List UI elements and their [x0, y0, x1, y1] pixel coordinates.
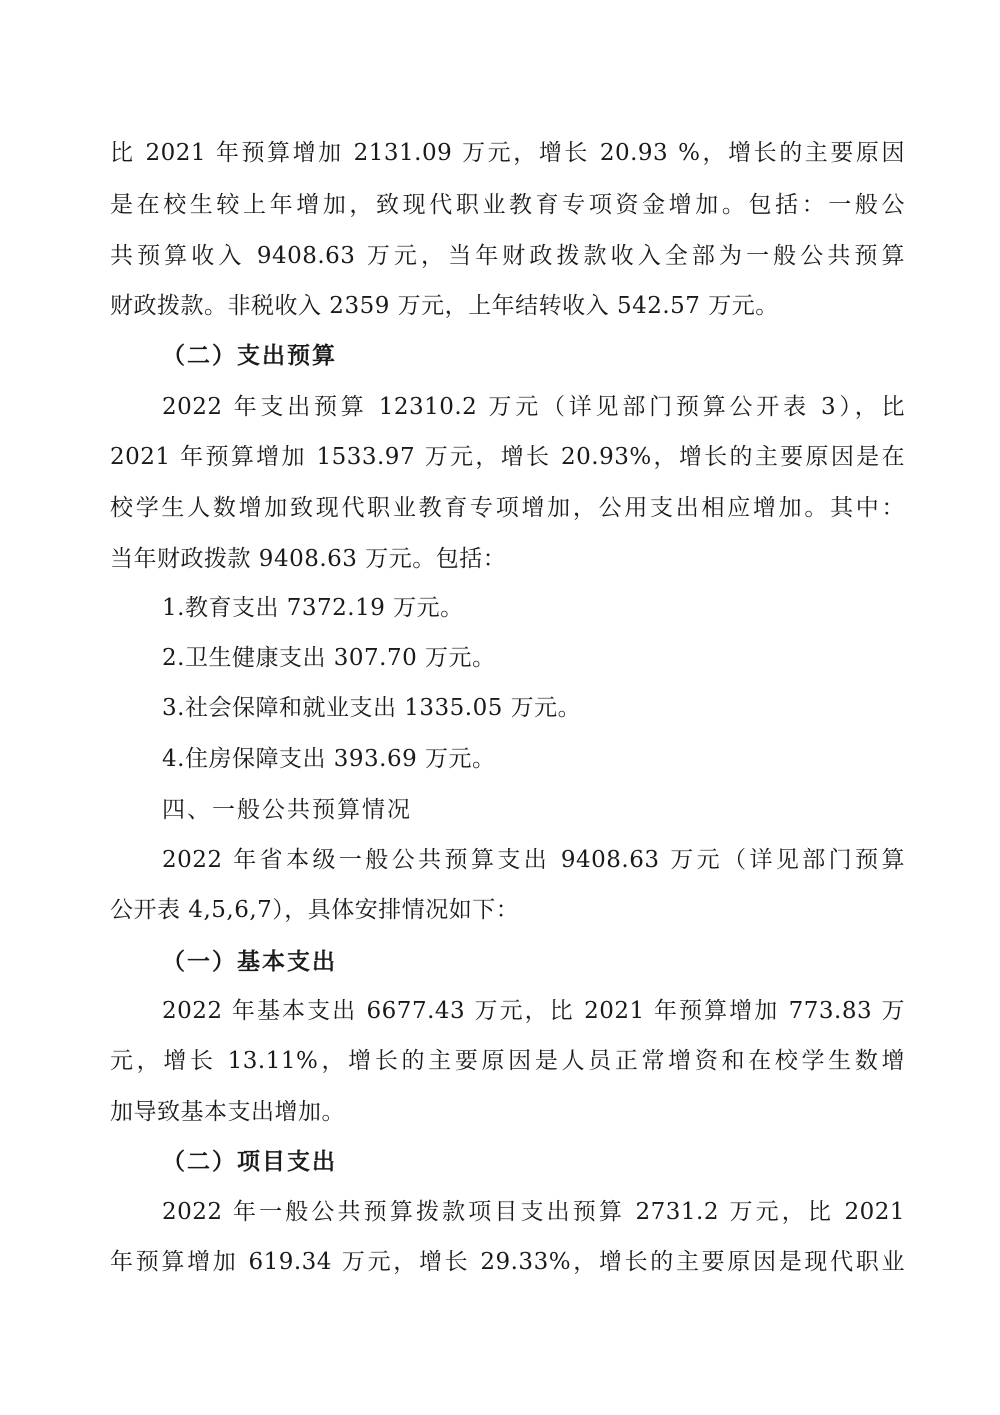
body-line: 公开表 4,5,6,7），具体安排情况如下： — [110, 895, 905, 925]
list-item-housing: 4.住房保障支出 393.69 万元。 — [162, 744, 905, 774]
body-line: 2022 年省本级一般公共预算支出 9408.63 万元（详见部门预算 — [162, 845, 905, 875]
body-line: 2022 年支出预算 12310.2 万元（详见部门预算公开表 3），比 — [162, 392, 905, 422]
body-line: 年预算增加 619.34 万元，增长 29.33%，增长的主要原因是现代职业 — [110, 1247, 905, 1277]
body-line: 校学生人数增加致现代职业教育专项增加，公用支出相应增加。其中： — [110, 493, 905, 523]
body-line: 2021 年预算增加 1533.97 万元，增长 20.93%，增长的主要原因是… — [110, 442, 905, 472]
body-line: 是在校生较上年增加，致现代职业教育专项资金增加。包括：一般公 — [110, 190, 905, 220]
body-line: 加导致基本支出增加。 — [110, 1097, 905, 1127]
body-line: 元，增长 13.11%，增长的主要原因是人员正常增资和在校学生数增 — [110, 1046, 905, 1076]
body-line: 当年财政拨款 9408.63 万元。包括： — [110, 544, 905, 574]
body-line: 共预算收入 9408.63 万元，当年财政拨款收入全部为一般公共预算 — [110, 241, 905, 271]
section-heading-basic-expenditure: （一）基本支出 — [162, 947, 905, 977]
list-item-health: 2.卫生健康支出 307.70 万元。 — [162, 643, 905, 673]
list-item-education: 1.教育支出 7372.19 万元。 — [162, 593, 905, 623]
section-heading-project-expenditure: （二）项目支出 — [162, 1147, 905, 1177]
body-line: 2022 年一般公共预算拨款项目支出预算 2731.2 万元，比 2021 — [162, 1197, 905, 1227]
body-line: 比 2021 年预算增加 2131.09 万元，增长 20.93 %，增长的主要… — [110, 138, 905, 168]
section-heading-expenditure-budget: （二）支出预算 — [162, 341, 905, 371]
chapter-heading-general-public-budget: 四、一般公共预算情况 — [162, 795, 905, 825]
body-line: 2022 年基本支出 6677.43 万元，比 2021 年预算增加 773.8… — [162, 996, 905, 1026]
body-line: 财政拨款。非税收入 2359 万元，上年结转收入 542.57 万元。 — [110, 291, 905, 321]
list-item-social-security: 3.社会保障和就业支出 1335.05 万元。 — [162, 693, 905, 723]
